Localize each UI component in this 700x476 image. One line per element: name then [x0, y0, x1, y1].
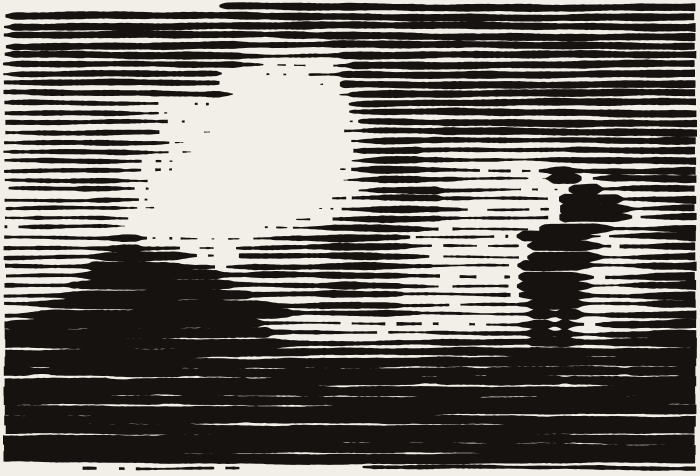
engraving-artwork	[0, 0, 700, 476]
engraved-ink-lines	[3, 2, 697, 471]
line-engraving-svg	[0, 0, 700, 476]
